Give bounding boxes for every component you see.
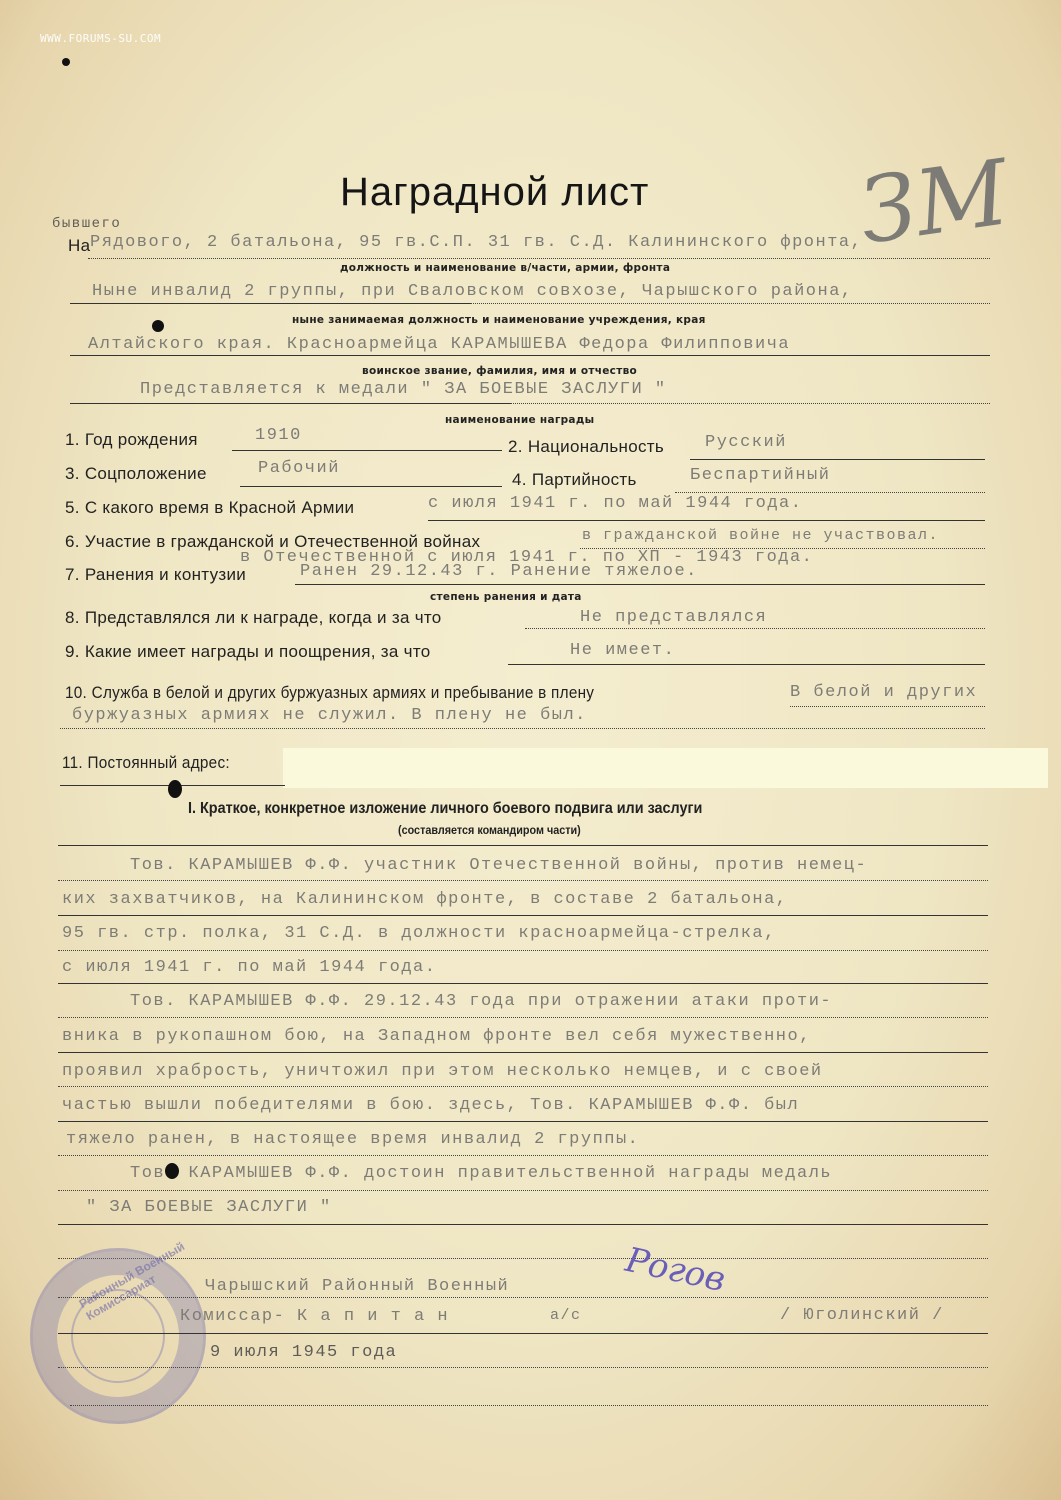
field-2-label: 2. Национальность [508,437,664,457]
field-10-value-continued: буржуазных армиях не служил. В плену не … [72,706,587,725]
rule [70,355,990,356]
rule [790,706,985,707]
rule [240,486,502,487]
rule [295,584,985,585]
rule [58,1190,988,1191]
section-subtitle: (составляется командиром части) [398,823,581,837]
rule [58,1017,988,1018]
rule [58,1052,988,1053]
rule [58,1297,988,1298]
field-4-label: 4. Партийность [512,470,637,490]
handwritten-signature: Рогов [622,1240,729,1300]
narrative-line: частью вышли победителями в бою. здесь, … [62,1096,799,1115]
rule [58,845,988,846]
rule [58,880,988,881]
signer-unit-line: Чарышский Районный Военный [205,1277,509,1296]
narrative-line: вника в рукопашном бою, на Западном фрон… [62,1027,811,1046]
field-4-value: Беспартийный [690,466,830,485]
field-5-value: с июля 1941 г. по май 1944 года. [428,494,802,513]
rule [428,520,985,521]
rule [58,983,988,984]
watermark: WWW.FORUMS-SU.COM [40,32,161,45]
rule [58,1155,988,1156]
rule [58,915,988,916]
rule [58,1333,988,1334]
rule [232,450,502,451]
field-9-label: 9. Какие имеет награды и поощрения, за ч… [65,642,430,662]
document-title: Наградной лист [340,170,649,215]
rule [510,403,990,404]
field-3-label: 3. Соцположение [65,464,207,484]
sign-mark: а/с [550,1307,582,1324]
field-8-value: Не представлялся [580,608,767,627]
rule [88,258,990,259]
rule [70,1405,988,1406]
field-6-value: в гражданской войне не участвовал. [582,527,939,544]
section-title: I. Краткое, конкретное изложение личного… [188,800,702,818]
narrative-line: ких захватчиков, на Калининском фронте, … [62,890,788,909]
header-correction: бывшего [52,216,121,232]
rule [58,1367,988,1368]
field-10-label: 10. Служба в белой и других буржуазных а… [65,683,594,703]
ink-blot [168,780,182,798]
narrative-line: Тов. КАРАМЫШЕВ Ф.Ф. 29.12.43 года при от… [130,992,832,1011]
field-7-label: 7. Ранения и контузии [65,565,246,585]
rule [58,1086,988,1087]
field-3-value: Рабочий [258,459,340,478]
narrative-line: тяжело ранен, в настоящее время инвалид … [66,1130,639,1149]
signature-date: 9 июля 1945 года [210,1343,397,1362]
rule [508,664,985,665]
field-2-value: Русский [705,433,787,452]
field-1-value: 1910 [255,426,302,445]
header-prefix: На [68,236,90,256]
pencil-annotation: ЗМ [853,140,1014,265]
ink-blot [62,58,70,66]
rule [60,728,985,729]
field-7-caption: степень ранения и дата [430,591,582,603]
rule [690,459,985,460]
field-5-label: 5. С какого время в Красной Армии [65,498,354,518]
field-8-label: 8. Представлялся ли к награде, когда и з… [65,608,442,628]
rule [70,303,470,304]
narrative-line: 95 гв. стр. полка, 31 С.Д. в должности к… [62,924,776,943]
rule [525,628,985,629]
ink-blot [165,1163,179,1179]
current-position-caption: ныне занимаемая должность и наименование… [292,314,706,326]
redacted-address [283,748,1048,788]
official-stamp: Районный Военный Комиссариат [30,1248,206,1424]
narrative-line: Тов. КАРАМЫШЕВ Ф.Ф. участник Отечественн… [130,856,867,875]
field-9-value: Не имеет. [570,641,675,660]
award-caption: наименование награды [445,414,594,426]
rule [58,950,988,951]
current-position-line: Ныне инвалид 2 группы, при Сваловском со… [92,282,853,301]
field-10-value: В белой и других [790,683,977,702]
name-caption: воинское звание, фамилия, имя и отчество [362,365,637,377]
rule [675,492,985,493]
signer-title-line: Комиссар- К а п и т а н [180,1307,449,1326]
rule [70,403,510,404]
signer-name: / Юголинский / [780,1306,944,1325]
unit-caption: должность и наименование в/части, армии,… [340,262,670,274]
award-line: Представляется к медали " ЗА БОЕВЫЕ ЗАСЛ… [140,380,667,399]
rule [58,1121,988,1122]
narrative-line: проявил храбрость, уничтожил при этом не… [62,1062,823,1081]
narrative-line: с июля 1941 г. по май 1944 года. [62,958,436,977]
name-line: Алтайского края. Красноармейца КАРАМЫШЕВ… [88,335,790,354]
narrative-line: Тов. КАРАМЫШЕВ Ф.Ф. достоин правительств… [130,1164,832,1183]
ink-blot [152,320,164,332]
rule [470,303,990,304]
narrative-line: " ЗА БОЕВЫЕ ЗАСЛУГИ " [86,1198,332,1217]
award-sheet-page: WWW.FORUMS-SU.COM Наградной лист ЗМ бывш… [0,0,1061,1500]
field-11-label: 11. Постоянный адрес: [62,753,230,773]
unit-line: Рядового, 2 батальона, 95 гв.С.П. 31 гв.… [90,233,862,252]
rule [58,1224,988,1225]
field-7-value: Ранен 29.12.43 г. Ранение тяжелое. [300,562,698,581]
field-1-label: 1. Год рождения [65,430,198,450]
